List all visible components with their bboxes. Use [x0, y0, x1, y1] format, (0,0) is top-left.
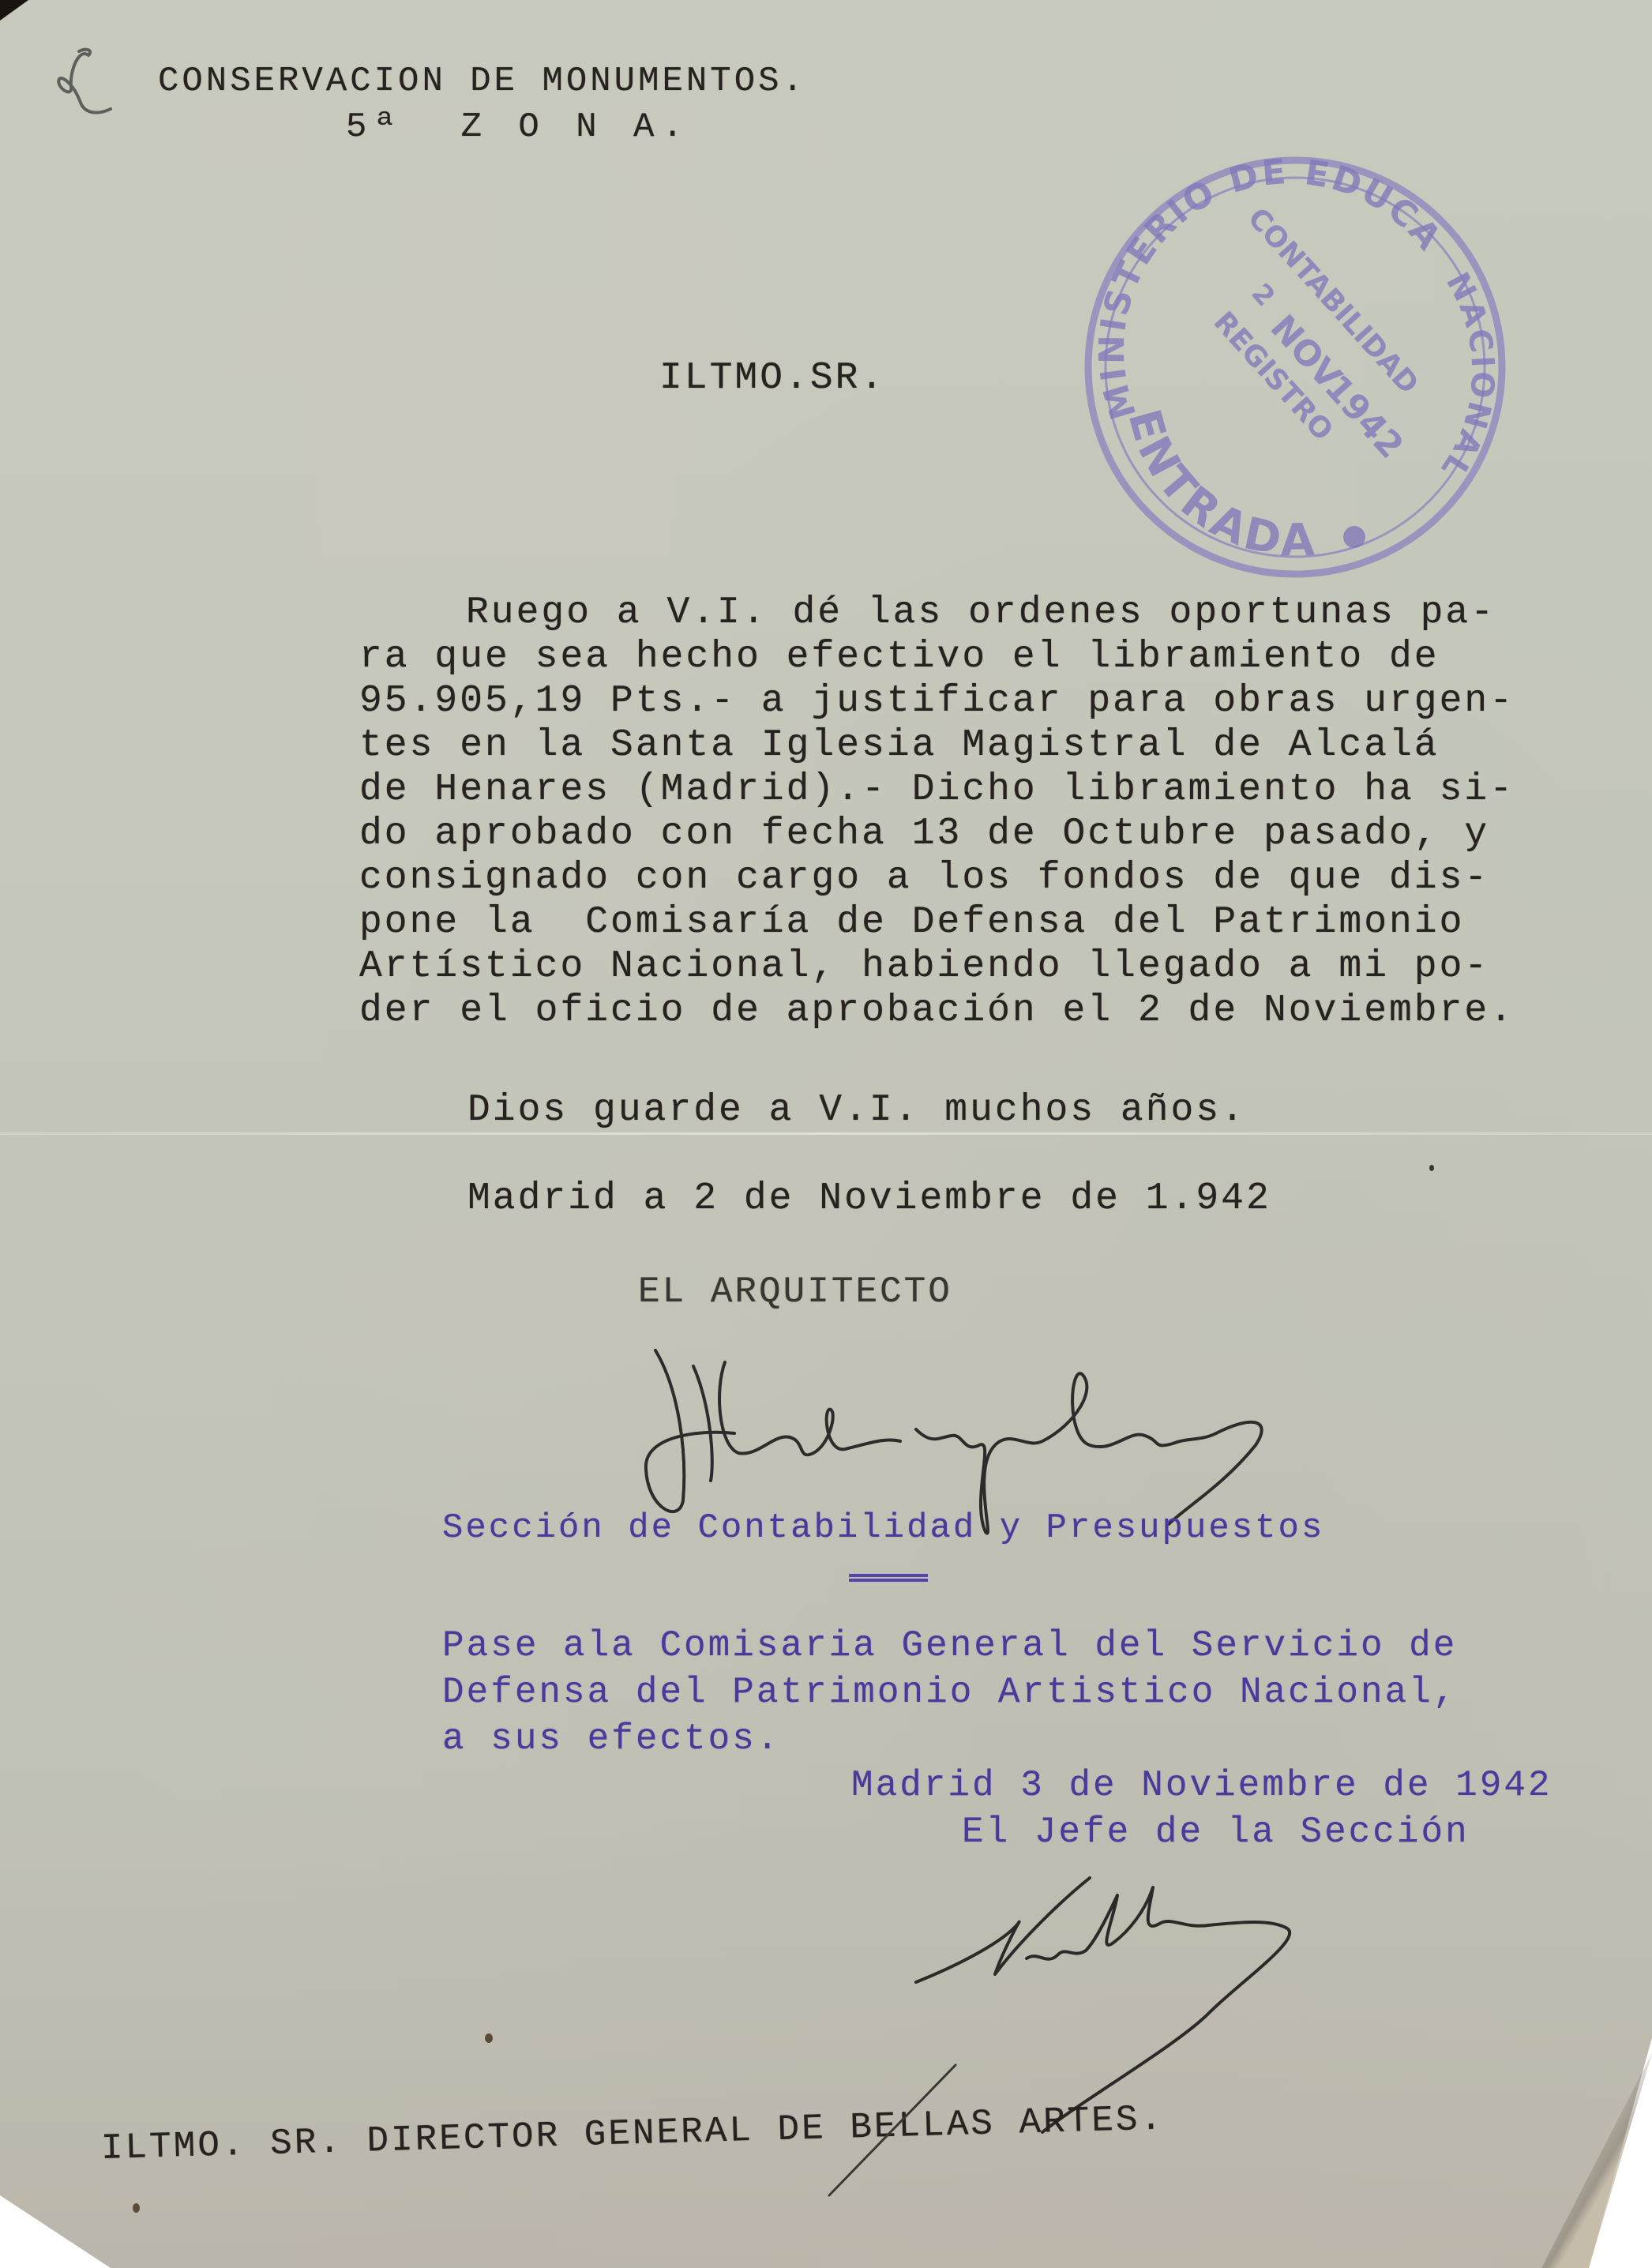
ink-speck [1429, 1165, 1434, 1171]
body-line: 95.905,19 Pts.- a justificar para obras … [359, 679, 1515, 723]
body-line: tes en la Santa Iglesia Magistral de Alc… [359, 723, 1440, 768]
annotation-line: Defensa del Patrimonio Artistico Naciona… [442, 1672, 1457, 1713]
stamp-day: 2 [1245, 277, 1282, 312]
annotation-signatory-title: El Jefe de la Sección [962, 1812, 1470, 1853]
body-line: Artístico Nacional, habiendo llegado a m… [359, 944, 1489, 989]
body-line: der el oficio de aprobación el 2 de Novi… [359, 989, 1515, 1033]
ink-speck [485, 2033, 493, 2043]
signatory-title: EL ARQUITECTO [638, 1271, 952, 1312]
pen-stroke-mark [813, 2061, 971, 2203]
stamp-entrada-text: ENTRADA [1118, 404, 1319, 567]
paper-fold-line [0, 1132, 1652, 1135]
svg-text:ENTRADA: ENTRADA [1118, 404, 1319, 567]
annotation-line: a sus efectos. [442, 1718, 780, 1759]
body-line: ra que sea hecho efectivo el libramiento… [359, 635, 1440, 679]
handwritten-initial-mark [32, 39, 118, 126]
annotation-line: Pase ala Comisaria General del Servicio … [442, 1625, 1457, 1666]
place-date: Madrid a 2 de Noviembre de 1.942 [467, 1177, 1271, 1221]
scan-corner-shadow [0, 0, 28, 21]
closing-formula: Dios guarde a V.I. muchos años. [467, 1088, 1246, 1132]
annotation-double-rule [849, 1574, 928, 1577]
annotation-place-date: Madrid 3 de Noviembre de 1942 [851, 1765, 1553, 1806]
letterhead-line-2: 5ª Z O N A. [346, 107, 691, 147]
body-line: de Henares (Madrid).- Dicho libramiento … [359, 768, 1515, 812]
letterhead-line-1: CONSERVACION DE MONUMENTOS. [158, 62, 806, 101]
body-line: pone la Comisaría de Defensa del Patrimo… [359, 900, 1464, 944]
ink-speck [133, 2203, 140, 2213]
body-line: consignado con cargo a los fondos de que… [359, 856, 1489, 900]
body-line: Ruego a V.I. dé las ordenes oportunas pa… [466, 591, 1496, 635]
annotation-section-title: Sección de Contabilidad y Presupuestos [442, 1508, 1324, 1548]
body-line: do aprobado con fecha 13 de Octubre pasa… [359, 812, 1489, 856]
entrada-registro-stamp: MINISTERIO DE EDUCACION NACIONAL ENTRADA… [1082, 154, 1508, 580]
section-chief-signature [908, 1856, 1382, 2140]
salutation: ILTMO.SR. [659, 357, 885, 400]
